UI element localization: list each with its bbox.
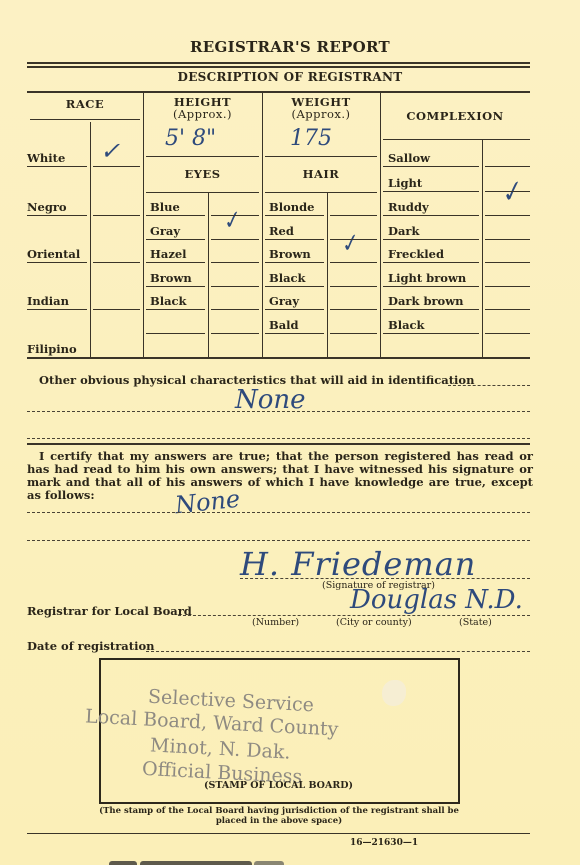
local-board-value[interactable]: Douglas N.D.	[350, 585, 523, 615]
complexion-black-label: Black	[388, 318, 425, 332]
caption-city: (City or county)	[336, 617, 412, 628]
row-rule	[265, 333, 324, 334]
race-negro-label: Negro	[27, 200, 67, 214]
row-rule	[93, 262, 140, 263]
row-rule	[146, 309, 205, 310]
race-filipino-label: Filipino	[27, 342, 77, 356]
row-rule	[330, 286, 377, 287]
header-hair: HAIR	[262, 168, 380, 180]
weight-rule	[265, 156, 377, 157]
characteristics-dash-3	[27, 438, 530, 439]
divider-race-check	[90, 122, 91, 357]
exceptions-value[interactable]: None	[174, 485, 242, 520]
viewer-toolbar-segment[interactable]	[254, 861, 284, 865]
divider-hair-check	[327, 193, 328, 357]
hair-black-label: Black	[269, 271, 306, 285]
complexion-dark-brown-label: Dark brown	[388, 294, 464, 308]
eyes-hazel-label: Hazel	[150, 247, 187, 261]
race-indian-label: Indian	[27, 294, 69, 308]
row-rule	[330, 215, 377, 216]
complexion-dark-label: Dark	[388, 224, 419, 238]
exceptions-dash-2	[27, 540, 530, 541]
row-rule	[383, 309, 479, 310]
footer-rule	[27, 833, 530, 834]
complexion-ruddy-label: Ruddy	[388, 200, 429, 214]
row-rule	[146, 239, 205, 240]
title-double-rule	[27, 62, 530, 68]
complexion-light-brown-label: Light brown	[388, 271, 466, 285]
stamp-caption: (STAMP OF LOCAL BOARD)	[100, 780, 457, 791]
row-rule	[265, 262, 324, 263]
eyes-blue-label: Blue	[150, 200, 180, 214]
header-complexion: COMPLEXION	[380, 110, 530, 122]
hair-blonde-label: Blonde	[269, 200, 314, 214]
table-bottom-rule	[27, 357, 530, 359]
eyes-gray-check[interactable]: ✓	[218, 207, 244, 237]
row-rule	[211, 262, 259, 263]
signature-line	[240, 578, 530, 579]
header-race: RACE	[27, 98, 143, 110]
row-rule	[485, 166, 530, 167]
eyes-header-rule	[146, 192, 259, 193]
divider-complexion-check	[482, 140, 483, 357]
hair-brown-check[interactable]: ✓	[336, 230, 362, 260]
hair-bald-label: Bald	[269, 318, 299, 332]
row-rule	[93, 166, 140, 167]
row-rule	[211, 309, 259, 310]
complexion-header-rule	[383, 139, 530, 140]
stamp-instruction: (The stamp of the Local Board having jur…	[96, 806, 462, 826]
local-board-label: Registrar for Local Board	[27, 605, 192, 618]
row-rule	[146, 333, 205, 334]
divider-height-weight	[262, 92, 263, 357]
header-weight-approx: (Approx.)	[262, 108, 380, 120]
certification-text: I certify that my answers are true; that…	[27, 450, 533, 502]
race-white-check[interactable]: ✓	[100, 137, 120, 165]
race-oriental-label: Oriental	[27, 247, 80, 261]
hair-header-rule	[265, 192, 377, 193]
page-title: REGISTRAR'S REPORT	[0, 38, 580, 56]
row-rule	[383, 191, 479, 192]
row-rule	[330, 333, 377, 334]
row-rule	[146, 215, 205, 216]
local-board-line	[178, 615, 530, 616]
table-top-rule	[27, 91, 530, 93]
row-rule	[485, 191, 530, 192]
row-rule	[265, 239, 324, 240]
caption-number: (Number)	[252, 617, 299, 628]
eyes-brown-label: Brown	[150, 271, 192, 285]
row-rule	[146, 286, 205, 287]
viewer-toolbar-segment[interactable]	[140, 861, 252, 865]
row-rule	[383, 166, 479, 167]
section-subtitle: DESCRIPTION OF REGISTRANT	[0, 70, 580, 84]
row-rule	[211, 333, 259, 334]
certification-rule	[27, 443, 530, 445]
row-rule	[383, 262, 479, 263]
caption-state: (State)	[459, 617, 492, 628]
header-height-approx: (Approx.)	[143, 108, 262, 120]
row-rule	[211, 239, 259, 240]
row-rule	[383, 239, 479, 240]
paper-blemish	[382, 680, 406, 706]
complexion-freckled-label: Freckled	[388, 247, 444, 261]
row-rule	[265, 309, 324, 310]
row-rule	[330, 239, 377, 240]
race-header-rule	[30, 119, 140, 120]
divider-eyes-check	[208, 193, 209, 357]
row-rule	[265, 286, 324, 287]
divider-race-height	[143, 92, 144, 357]
date-of-registration-field[interactable]	[146, 651, 530, 652]
row-rule	[330, 309, 377, 310]
hair-brown-label: Brown	[269, 247, 311, 261]
row-rule	[146, 262, 205, 263]
row-rule	[27, 309, 87, 310]
complexion-ruddy-check[interactable]: ✓	[496, 175, 527, 211]
row-rule	[485, 333, 530, 334]
registrars-report-page: REGISTRAR'S REPORT DESCRIPTION OF REGIST…	[0, 0, 580, 865]
height-value: 5' 8"	[165, 126, 216, 151]
row-rule	[93, 215, 140, 216]
row-rule	[383, 286, 479, 287]
complexion-sallow-label: Sallow	[388, 151, 430, 165]
row-rule	[211, 215, 259, 216]
row-rule	[27, 262, 87, 263]
row-rule	[485, 215, 530, 216]
row-rule	[383, 333, 479, 334]
characteristics-dash-1	[448, 385, 530, 386]
form-number: 16—21630—1	[350, 838, 418, 848]
height-rule	[146, 156, 259, 157]
hair-red-label: Red	[269, 224, 294, 238]
weight-value: 175	[290, 126, 332, 151]
row-rule	[383, 215, 479, 216]
row-rule	[485, 239, 530, 240]
eyes-black-label: Black	[150, 294, 187, 308]
divider-weight-complexion	[380, 92, 381, 357]
race-white-label: White	[27, 151, 65, 165]
row-rule	[27, 215, 87, 216]
eyes-gray-label: Gray	[150, 224, 180, 238]
date-of-registration-label: Date of registration	[27, 640, 154, 653]
row-rule	[27, 166, 87, 167]
row-rule	[211, 286, 259, 287]
complexion-light-label: Light	[388, 176, 422, 190]
header-eyes: EYES	[143, 168, 262, 180]
row-rule	[93, 309, 140, 310]
characteristics-dash-2	[27, 411, 530, 412]
exceptions-dash-1	[27, 512, 530, 513]
viewer-toolbar-segment[interactable]	[109, 861, 137, 865]
row-rule	[330, 262, 377, 263]
row-rule	[265, 215, 324, 216]
row-rule	[485, 309, 530, 310]
hair-gray-label: Gray	[269, 294, 299, 308]
row-rule	[485, 286, 530, 287]
row-rule	[485, 262, 530, 263]
